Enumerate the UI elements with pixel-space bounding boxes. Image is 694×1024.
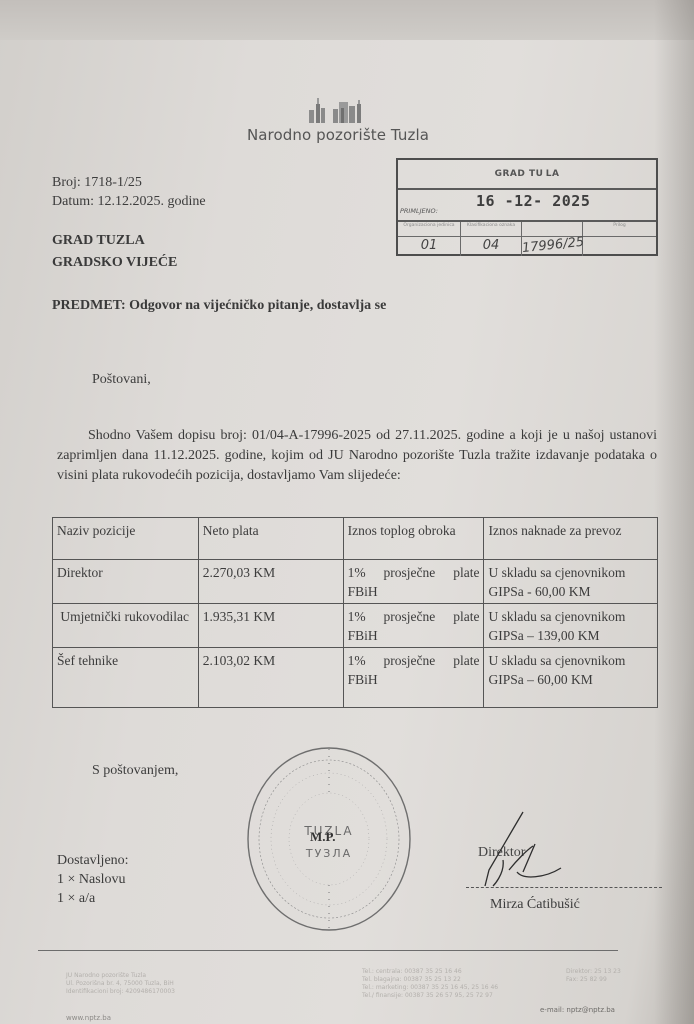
svg-text:ТУЗЛА: ТУЗЛА (305, 847, 352, 860)
receipt-stamp-cell: Organizaciona jedinica 01 (398, 222, 461, 256)
receipt-stamp-received-label: PRIMLJENO: (400, 207, 438, 215)
position-cell: Šef tehnike (53, 648, 199, 708)
position-cell: Direktor (53, 560, 199, 604)
document-date: Datum: 12.12.2025. godine (52, 192, 206, 211)
receipt-stamp-cell: Klasifikaciona oznaka 04 (461, 222, 522, 256)
delivery-label: Dostavljeno: (57, 851, 129, 870)
salary-table: Naziv pozicije Neto plata Iznos toplog o… (52, 517, 658, 708)
net-salary-cell: 1.935,31 KM (198, 604, 343, 648)
document-page: Narodno pozorište Tuzla Broj: 1718-1/25 … (0, 0, 694, 1024)
seal-mp-label: M.P. (310, 829, 336, 845)
meal-allowance-cell: 1%prosječneplate FBiH (343, 604, 484, 648)
body-paragraph: Shodno Vašem dopisu broj: 01/04-A-17996-… (57, 426, 657, 486)
column-header: Iznos naknade za prevoz (484, 518, 658, 560)
footer-email-link[interactable]: e-mail: nptz@nptz.ba (540, 1006, 615, 1014)
handwritten-signature-icon (465, 810, 575, 890)
recipient-line-2: GRADSKO VIJEĆE (52, 252, 177, 274)
column-header: Naziv pozicije (53, 518, 199, 560)
delivery-list: Dostavljeno: 1 × Naslovu 1 × a/a (57, 851, 129, 908)
footer-address: JU Narodno pozorište Tuzla Ul. Pozorišna… (66, 972, 175, 996)
receipt-stamp-reg-number: 17996/25 (521, 234, 583, 258)
recipient-block: GRAD TUZLA GRADSKO VIJEĆE (52, 230, 177, 274)
meal-allowance-cell: 1%prosječneplate FBiH (343, 560, 484, 604)
receipt-stamp-date: 16 -12- 2025 (476, 192, 590, 210)
delivery-item: 1 × Naslovu (57, 870, 129, 889)
transport-allowance-cell: U skladu sa cjenovnikom GIPSa - 60,00 KM (484, 560, 658, 604)
document-number: Broj: 1718-1/25 (52, 173, 206, 192)
signatory-name: Mirza Ćatibušić (490, 897, 580, 913)
footer-phones: Tel.: centrala: 00387 35 25 16 46 Tel. b… (362, 968, 498, 1000)
greeting: Poštovani, (92, 372, 151, 388)
letterhead: Narodno pozorište Tuzla (238, 92, 438, 144)
net-salary-cell: 2.270,03 KM (198, 560, 343, 604)
institution-name: Narodno pozorište Tuzla (238, 126, 438, 144)
table-row: Direktor 2.270,03 KM 1%prosječneplate FB… (53, 560, 658, 604)
column-header: Iznos toplog obroka (343, 518, 484, 560)
theatre-city-skyline-icon (307, 92, 369, 124)
page-edge-shadow (654, 0, 694, 1024)
delivery-item: 1 × a/a (57, 889, 129, 908)
footer-website-link[interactable]: www.nptz.ba (66, 1014, 111, 1022)
transport-allowance-cell: U skladu sa cjenovnikom GIPSa – 60,00 KM (484, 648, 658, 708)
recipient-line-1: GRAD TUZLA (52, 230, 177, 252)
table-row: Šef tehnike 2.103,02 KM 1%prosječneplate… (53, 648, 658, 708)
meal-allowance-cell: 1%prosječneplate FBiH (343, 648, 484, 708)
position-cell: Umjetnički rukovodilac (53, 604, 199, 648)
receipt-stamp: GRAD TU LA PRIMLJENO: 16 -12- 2025 Organ… (396, 158, 658, 256)
footer-divider (38, 950, 618, 951)
column-header: Neto plata (198, 518, 343, 560)
receipt-stamp-org-unit: 01 (398, 237, 460, 255)
receipt-stamp-title: GRAD TU LA (398, 160, 656, 190)
receipt-stamp-cell: 17996/25 (522, 222, 583, 256)
net-salary-cell: 2.103,02 KM (198, 648, 343, 708)
closing-salutation: S poštovanjem, (92, 763, 178, 779)
subject-line: PREDMET: Odgovor na vijećničko pitanje, … (52, 298, 386, 314)
receipt-stamp-cell: Prilog (583, 222, 656, 256)
table-row: Umjetnički rukovodilac 1.935,31 KM 1%pro… (53, 604, 658, 648)
receipt-stamp-class-code: 04 (461, 237, 521, 255)
table-header-row: Naziv pozicije Neto plata Iznos toplog o… (53, 518, 658, 560)
underlying-sheet (0, 0, 694, 40)
document-meta: Broj: 1718-1/25 Datum: 12.12.2025. godin… (52, 173, 206, 211)
signature-line (466, 887, 662, 888)
transport-allowance-cell: U skladu sa cjenovnikom GIPSa – 139,00 K… (484, 604, 658, 648)
footer-extra-contacts: Direktor: 25 13 23 Fax: 25 82 99 (566, 968, 621, 984)
official-seal: TUZLA ТУЗЛА M.P. (244, 745, 414, 933)
